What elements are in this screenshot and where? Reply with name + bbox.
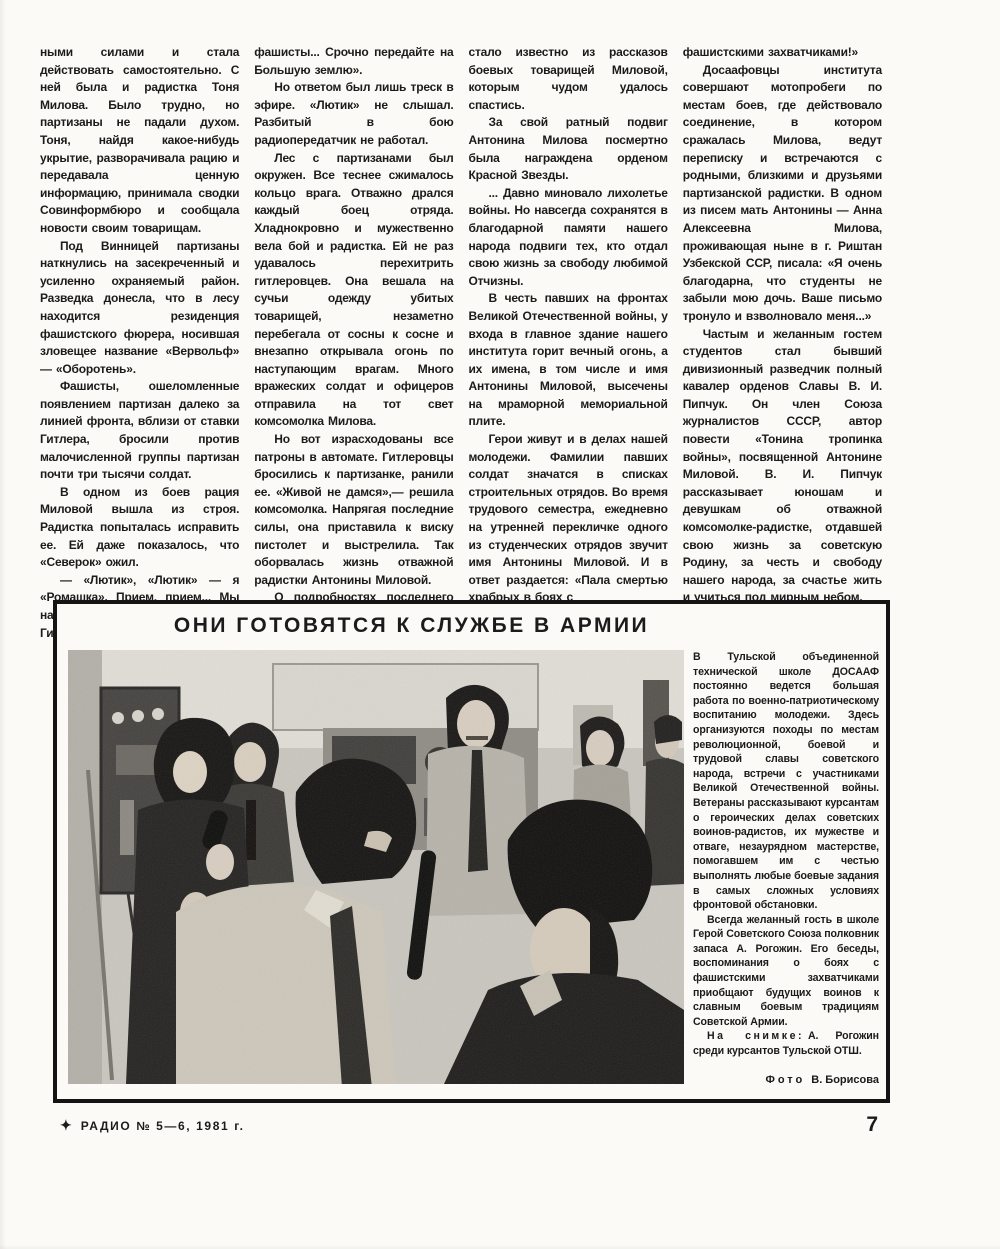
photo-credit-name: В. Борисова xyxy=(811,1074,879,1086)
paragraph: Фашисты, ошеломленные появлением партиза… xyxy=(40,378,239,484)
paragraph: ... Давно миновало лихолетье войны. Но н… xyxy=(469,185,668,291)
paragraph: Досаафовцы института совершают мотопробе… xyxy=(683,62,882,326)
page-footer: ✦ РАДИО № 5—6, 1981 г. 7 xyxy=(60,1113,940,1143)
paragraph: Герои живут и в делах нашей молодежи. Фа… xyxy=(469,431,668,607)
paragraph: Всегда желанный гость в школе Герой Сове… xyxy=(693,913,879,1030)
article-columns: ными силами и стала действовать самостоя… xyxy=(40,44,882,642)
page-number: 7 xyxy=(866,1113,878,1137)
article-column-3: стало известно из рассказов боевых товар… xyxy=(469,44,668,642)
feature-headline: ОНИ ГОТОВЯТСЯ К СЛУЖБЕ В АРМИИ xyxy=(57,614,766,638)
paragraph: В честь павших на фронтах Великой Отечес… xyxy=(469,290,668,431)
magazine-page: ными силами и стала действовать самостоя… xyxy=(0,0,1000,1249)
paragraph: Частым и желанным гостем студентов стал … xyxy=(683,326,882,608)
star-icon: ✦ xyxy=(60,1117,72,1134)
photo-illustration xyxy=(68,650,684,1084)
photo-caption: На снимке:А. Рогожин среди курсантов Тул… xyxy=(693,1029,879,1058)
photo-caption-intro: На снимке: xyxy=(707,1030,804,1042)
paragraph: фашисты... Срочно передайте на Большую з… xyxy=(254,44,453,79)
journal-issue-text: РАДИО № 5—6, 1981 г. xyxy=(81,1119,245,1133)
paragraph: Но ответом был лишь треск в эфире. «Люти… xyxy=(254,79,453,149)
photo-credit-label: Фото xyxy=(765,1074,805,1086)
article-column-2: фашисты... Срочно передайте на Большую з… xyxy=(254,44,453,642)
feature-box: ОНИ ГОТОВЯТСЯ К СЛУЖБЕ В АРМИИ xyxy=(53,600,890,1103)
paragraph: В одном из боев рация Миловой вышла из с… xyxy=(40,484,239,572)
paragraph: Лес с партизанами был окружен. Все тесне… xyxy=(254,150,453,432)
paragraph: Но вот израсходованы все патроны в автом… xyxy=(254,431,453,589)
photo-credit: ФотоВ. Борисова xyxy=(765,1074,879,1086)
paragraph: В Тульской объединенной технической школ… xyxy=(693,650,879,913)
paragraph: фашистскими захватчиками!» xyxy=(683,44,882,62)
journal-issue-line: ✦ РАДИО № 5—6, 1981 г. xyxy=(60,1117,245,1134)
paragraph: Под Винницей партизаны наткнулись на зас… xyxy=(40,238,239,379)
paragraph: ными силами и стала действовать самостоя… xyxy=(40,44,239,238)
paragraph: стало известно из рассказов боевых товар… xyxy=(469,44,668,114)
article-column-4: фашистскими захватчиками!» Досаафовцы ин… xyxy=(683,44,882,642)
feature-text-column: В Тульской объединенной технической школ… xyxy=(693,650,879,1088)
article-column-1: ными силами и стала действовать самостоя… xyxy=(40,44,239,642)
paragraph: За свой ратный подвиг Антонина Милова по… xyxy=(469,114,668,184)
photo xyxy=(68,650,684,1084)
